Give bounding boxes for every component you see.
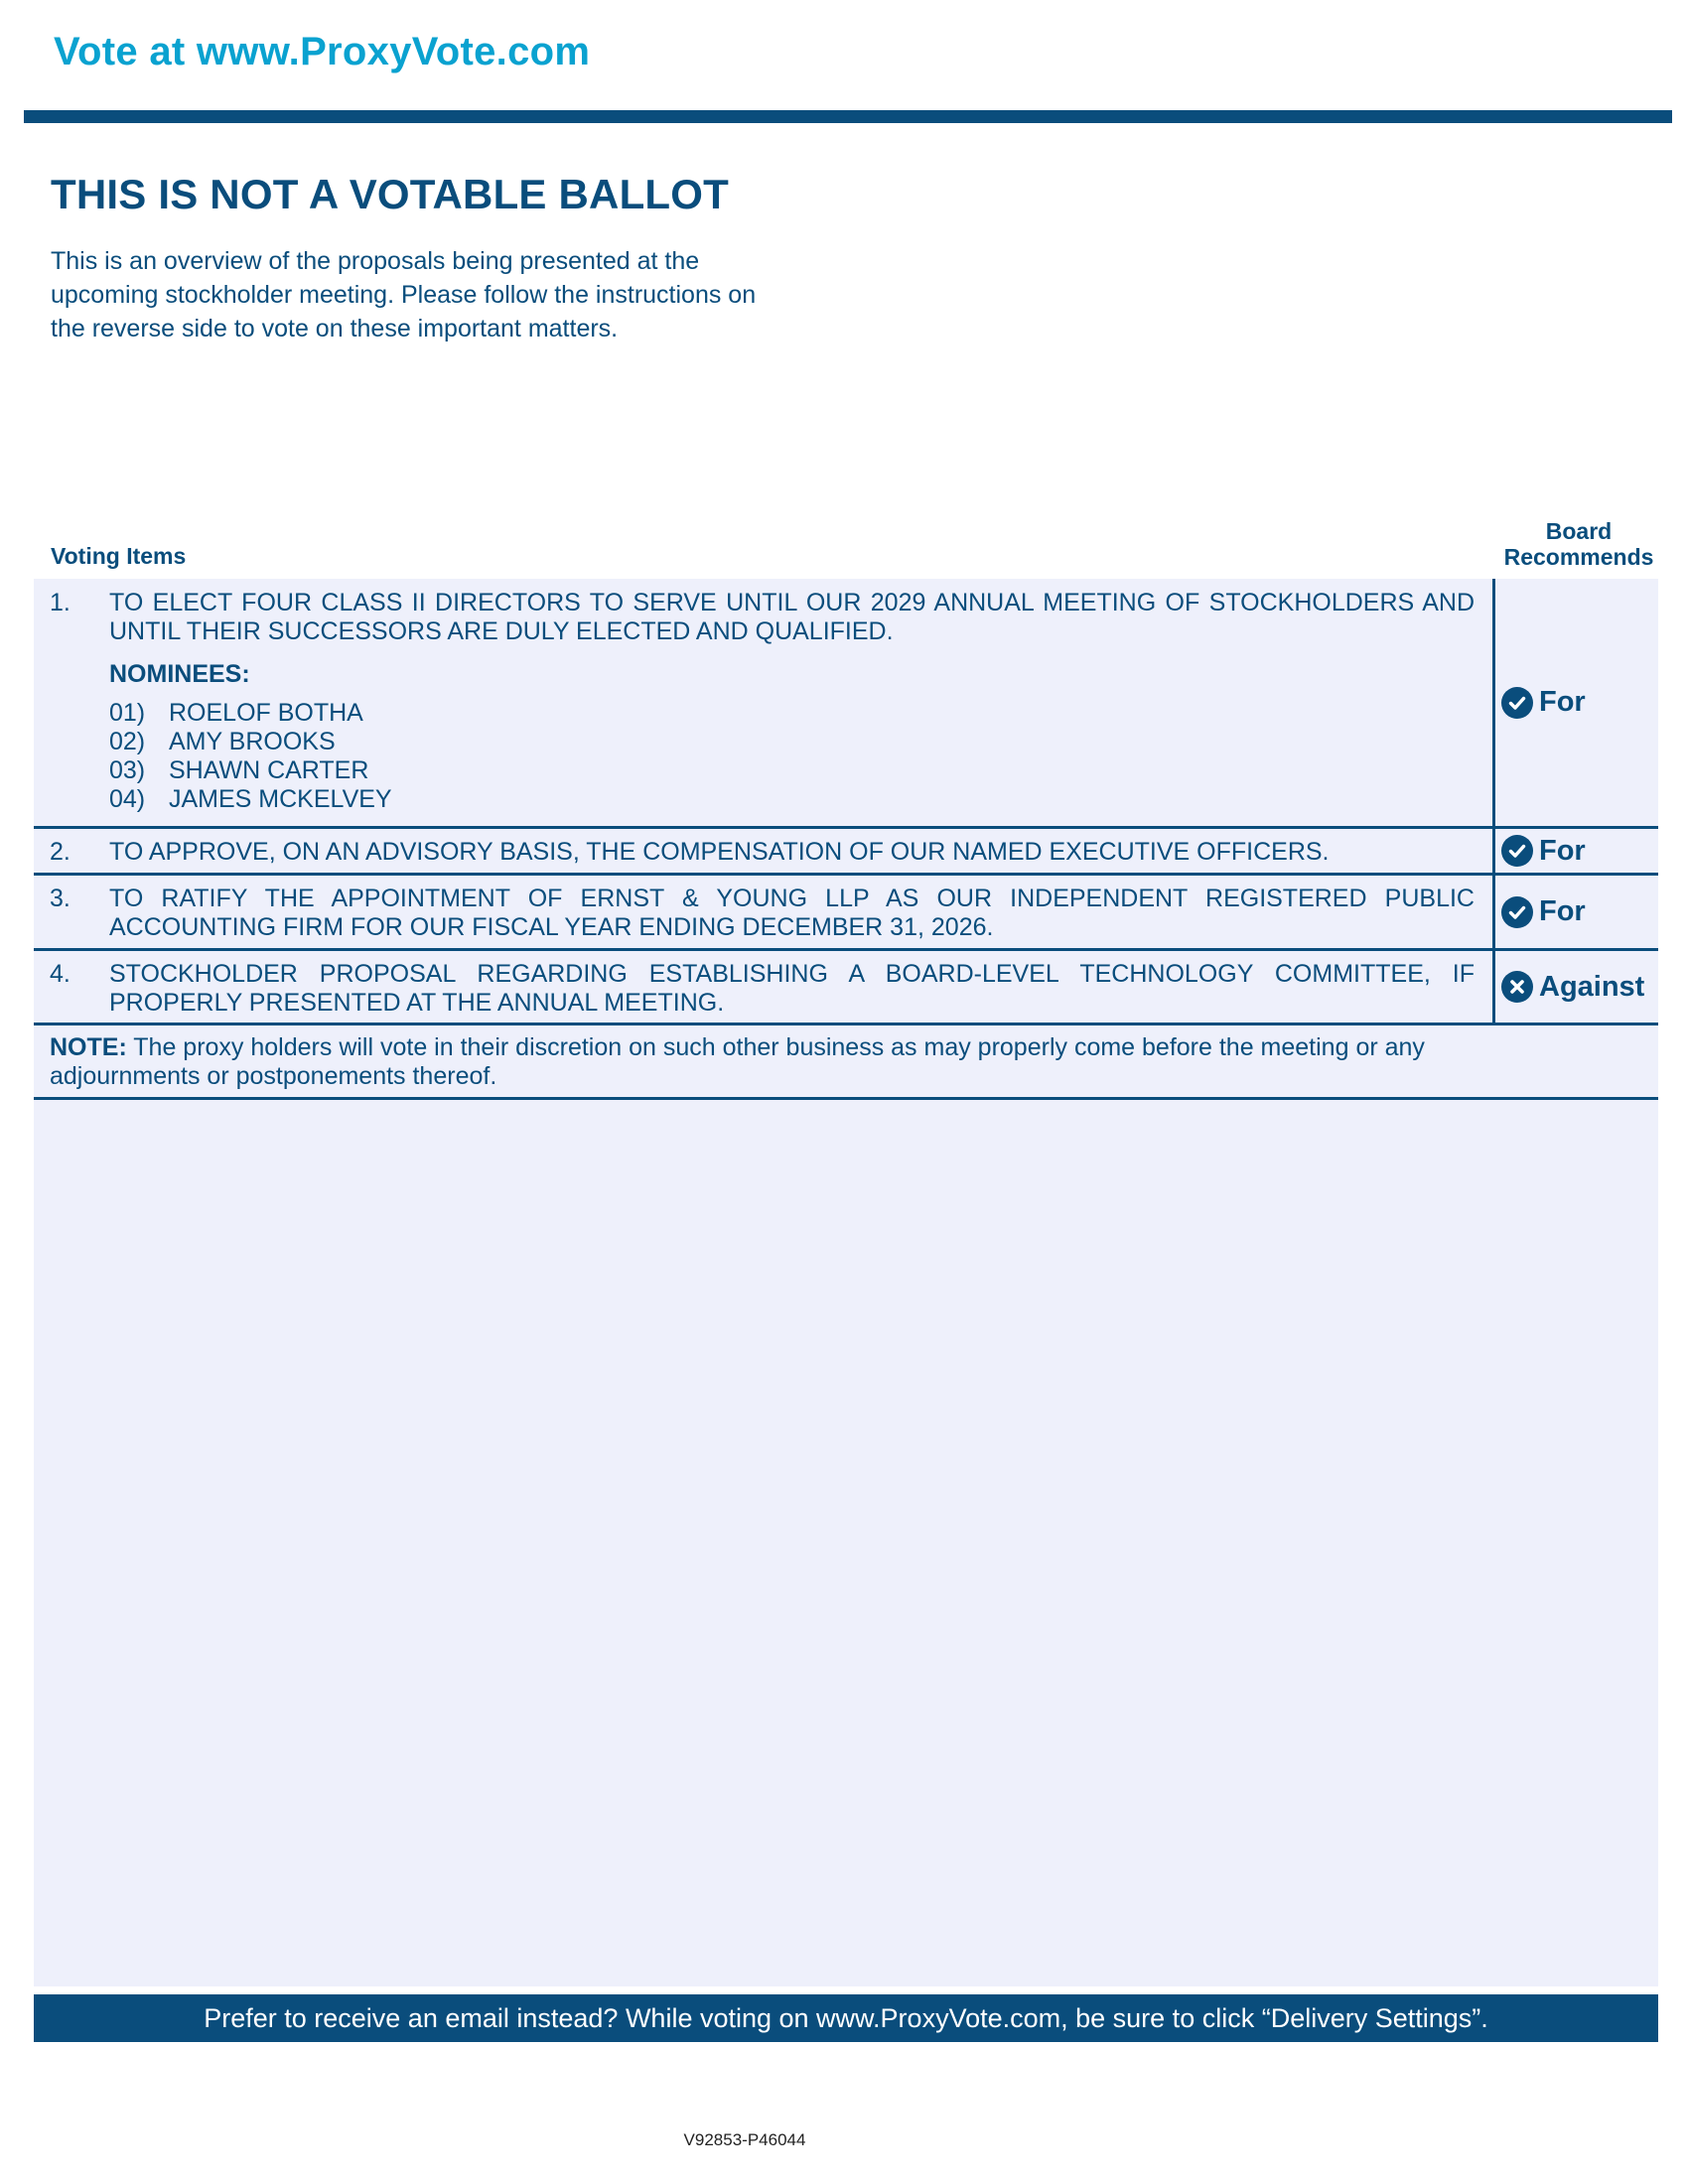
intro-line: This is an overview of the proposals bei…: [51, 244, 845, 278]
nominee-number: 02): [109, 728, 169, 756]
board-recommends-header: Board Recommends: [1489, 518, 1668, 570]
item-number: 4.: [50, 960, 109, 1018]
nominees-label: NOMINEES:: [109, 660, 1475, 689]
voting-items-table: 1. TO ELECT FOUR CLASS II DIRECTORS TO S…: [34, 579, 1658, 1100]
page-title: THIS IS NOT A VOTABLE BALLOT: [51, 171, 729, 218]
voting-item-text-cell: 1. TO ELECT FOUR CLASS II DIRECTORS TO S…: [34, 579, 1495, 826]
intro-text: This is an overview of the proposals bei…: [51, 244, 845, 345]
recommendation-label: For: [1539, 835, 1586, 868]
nominee-number: 03): [109, 756, 169, 785]
board-recommendation: For: [1495, 829, 1658, 873]
voting-items-header: Voting Items: [51, 543, 186, 570]
nominee-name: ROELOF BOTHA: [169, 699, 363, 728]
vote-url-header: Vote at www.ProxyVote.com: [54, 30, 590, 74]
nominee: 04) JAMES MCKELVEY: [109, 785, 1475, 814]
voting-item-2: 2. TO APPROVE, ON AN ADVISORY BASIS, THE…: [34, 829, 1658, 876]
intro-line: the reverse side to vote on these import…: [51, 312, 845, 345]
voting-item-text-cell: 4. STOCKHOLDER PROPOSAL REGARDING ESTABL…: [34, 951, 1495, 1023]
voting-item-4: 4. STOCKHOLDER PROPOSAL REGARDING ESTABL…: [34, 951, 1658, 1025]
note-body: The proxy holders will vote in their dis…: [50, 1033, 1425, 1090]
nominee-list: 01) ROELOF BOTHA 02) AMY BROOKS 03) SHAW…: [109, 699, 1475, 814]
check-circle-icon: [1501, 896, 1533, 928]
note-label: NOTE:: [50, 1033, 127, 1061]
x-circle-icon: [1501, 971, 1533, 1003]
recommendation-label: For: [1539, 686, 1586, 719]
header-divider: [24, 110, 1672, 123]
recommendation-label: For: [1539, 895, 1586, 928]
board-header-line1: Board: [1489, 518, 1668, 544]
voting-item-text-cell: 2. TO APPROVE, ON AN ADVISORY BASIS, THE…: [34, 829, 1495, 873]
document-code: V92853-P46044: [0, 2130, 1489, 2150]
note-row: NOTE: The proxy holders will vote in the…: [34, 1025, 1658, 1100]
note-text: NOTE: The proxy holders will vote in the…: [34, 1025, 1513, 1100]
nominee-name: JAMES MCKELVEY: [169, 785, 392, 814]
item-number: 2.: [50, 838, 109, 867]
item-text: TO RATIFY THE APPOINTMENT OF ERNST & YOU…: [109, 885, 1475, 942]
voting-item-1: 1. TO ELECT FOUR CLASS II DIRECTORS TO S…: [34, 579, 1658, 829]
nominee: 01) ROELOF BOTHA: [109, 699, 1475, 728]
voting-item-3: 3. TO RATIFY THE APPOINTMENT OF ERNST & …: [34, 876, 1658, 951]
item-number: 1.: [50, 589, 109, 646]
check-circle-icon: [1501, 835, 1533, 867]
nominee-number: 01): [109, 699, 169, 728]
nominee-name: AMY BROOKS: [169, 728, 336, 756]
board-recommendation: Against: [1495, 951, 1658, 1023]
nominee-name: SHAWN CARTER: [169, 756, 368, 785]
item-text: STOCKHOLDER PROPOSAL REGARDING ESTABLISH…: [109, 960, 1475, 1018]
nominee-number: 04): [109, 785, 169, 814]
nominee: 03) SHAWN CARTER: [109, 756, 1475, 785]
delivery-settings-banner: Prefer to receive an email instead? Whil…: [34, 1994, 1658, 2042]
item-text: TO ELECT FOUR CLASS II DIRECTORS TO SERV…: [109, 589, 1475, 646]
item-number: 3.: [50, 885, 109, 942]
board-recommendation: For: [1495, 579, 1658, 826]
nominee: 02) AMY BROOKS: [109, 728, 1475, 756]
board-header-line2: Recommends: [1489, 544, 1668, 570]
check-circle-icon: [1501, 687, 1533, 719]
recommendation-label: Against: [1539, 971, 1644, 1004]
item-text: TO APPROVE, ON AN ADVISORY BASIS, THE CO…: [109, 838, 1475, 867]
voting-item-text-cell: 3. TO RATIFY THE APPOINTMENT OF ERNST & …: [34, 876, 1495, 948]
intro-line: upcoming stockholder meeting. Please fol…: [51, 278, 845, 312]
board-recommendation: For: [1495, 876, 1658, 948]
